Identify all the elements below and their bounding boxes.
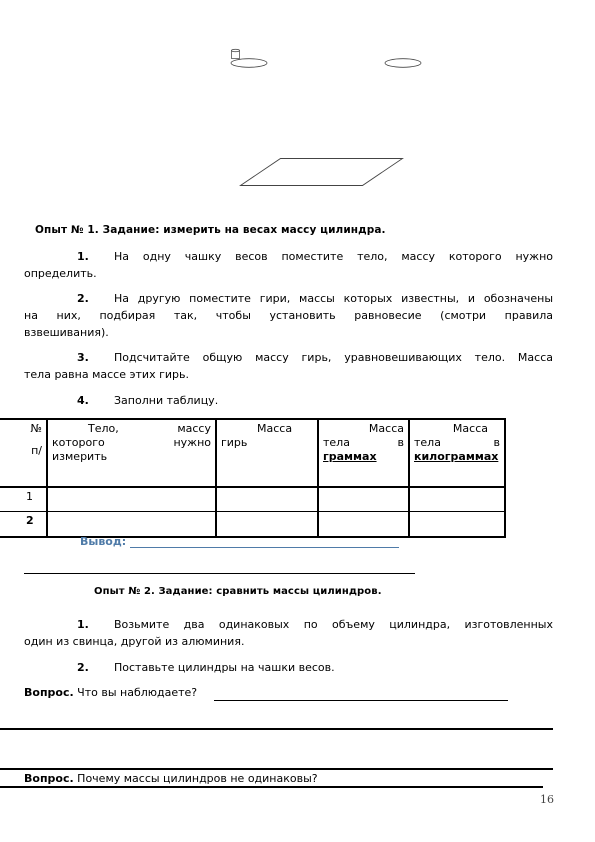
results-table: № п/ Тело,массу которогонужно измерить М… — [0, 418, 506, 538]
question-2-answer[interactable] — [345, 772, 543, 786]
header-body: Тело,массу которогонужно измерить — [47, 419, 216, 487]
table-row: 1 — [0, 487, 505, 512]
cell-kg[interactable] — [409, 487, 505, 512]
conclusion-label: Вывод: — [80, 535, 126, 548]
experiment1-heading: Опыт № 1. Задание: измерить на весах мас… — [35, 224, 386, 236]
right-pan — [385, 59, 421, 68]
row-num: 1 — [0, 487, 47, 512]
question-1-text: Что вы наблюдаете? — [77, 686, 197, 699]
scale-base — [241, 159, 403, 186]
exp1-step-2: 2.На другую поместите гири, массы которы… — [24, 291, 553, 341]
conclusion-field[interactable] — [131, 533, 399, 547]
table-header-row: № п/ Тело,массу которогонужно измерить М… — [0, 419, 505, 487]
question-1-label: Вопрос. — [24, 686, 74, 699]
experiment2-heading: Опыт № 2. Задание: сравнить массы цилинд… — [94, 586, 382, 597]
question-2-underline — [0, 786, 543, 788]
answer-line-1[interactable] — [0, 728, 553, 730]
header-num: № п/ — [0, 419, 47, 487]
cell-body[interactable] — [47, 487, 216, 512]
question-1-underline — [214, 700, 508, 701]
conclusion-underline — [130, 547, 399, 548]
question-2-label: Вопрос. — [24, 772, 74, 785]
question-2-text: Почему массы цилиндров не одинаковы? — [77, 772, 317, 785]
page-number: 16 — [540, 793, 554, 806]
exp1-step-3: 3.Подсчитайте общую массу гирь, уравнове… — [24, 350, 553, 383]
cylinder-icon — [232, 49, 240, 58]
exp1-step-4: 4.Заполни таблицу. — [24, 392, 553, 409]
step-number: 1. — [77, 249, 114, 265]
left-pan — [231, 59, 267, 68]
header-grams: Масса телав граммах — [318, 419, 409, 487]
scale-figure — [0, 0, 595, 200]
header-weights: Масса гирь — [216, 419, 318, 487]
exp1-step-1: 1.На одну чашку весов поместите тело, ма… — [24, 249, 553, 282]
question-1-answer[interactable] — [215, 686, 508, 700]
cell-weights[interactable] — [216, 487, 318, 512]
question-2: Вопрос. Почему массы цилиндров не одинак… — [24, 772, 318, 785]
question-1: Вопрос. Что вы наблюдаете? — [24, 686, 197, 699]
header-kg: Масса телав килограммах — [409, 419, 505, 487]
cell-kg[interactable] — [409, 512, 505, 538]
cell-grams[interactable] — [318, 487, 409, 512]
exp2-step-2: 2.Поставьте цилиндры на чашки весов. — [24, 659, 553, 676]
row-num: 2 — [0, 512, 47, 538]
answer-line-2[interactable] — [0, 768, 553, 770]
exp2-step-1: 1.Возьмите два одинаковых по объему цили… — [24, 617, 553, 650]
conclusion-line-2[interactable] — [24, 573, 415, 574]
